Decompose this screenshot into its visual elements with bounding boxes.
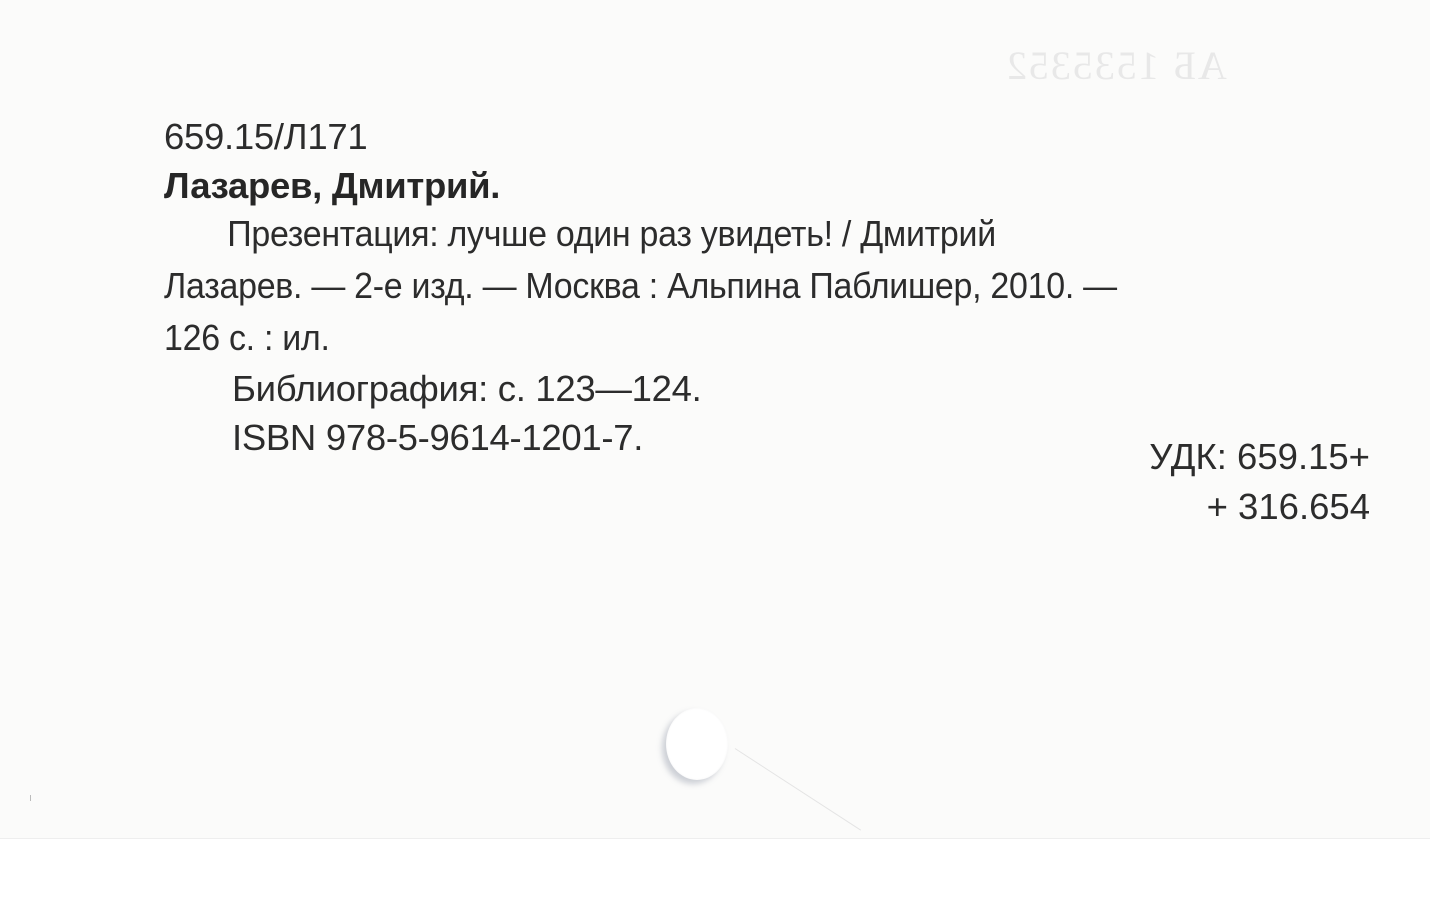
punched-hole — [666, 708, 728, 780]
description-line-edition: Лазарев. — 2-е изд. — Москва : Альпина П… — [164, 260, 1364, 312]
call-number: 659.15/Л171 — [164, 112, 1374, 161]
bibliographic-entry: 659.15/Л171 Лазарев, Дмитрий. Презентаци… — [164, 112, 1374, 462]
description-line-title: Презентация: лучше один раз увидеть! / Д… — [164, 208, 1364, 260]
description-line-pages: 126 с. : ил. — [164, 312, 1364, 364]
bibliography-note: Библиография: с. 123—124. — [164, 364, 1374, 413]
udk-line-1: УДК: 659.15+ — [1149, 432, 1370, 482]
paper-crease — [735, 748, 861, 831]
udk-line-2: + 316.654 — [1149, 482, 1370, 532]
udk-classification: УДК: 659.15+ + 316.654 — [1149, 432, 1370, 532]
catalog-card: АБ 1535352 659.15/Л171 Лазарев, Дмитрий.… — [0, 0, 1430, 838]
author-heading: Лазарев, Дмитрий. — [164, 161, 1374, 210]
show-through-inventory-number: АБ 1535352 — [1005, 42, 1227, 89]
scan-mark — [30, 795, 31, 801]
